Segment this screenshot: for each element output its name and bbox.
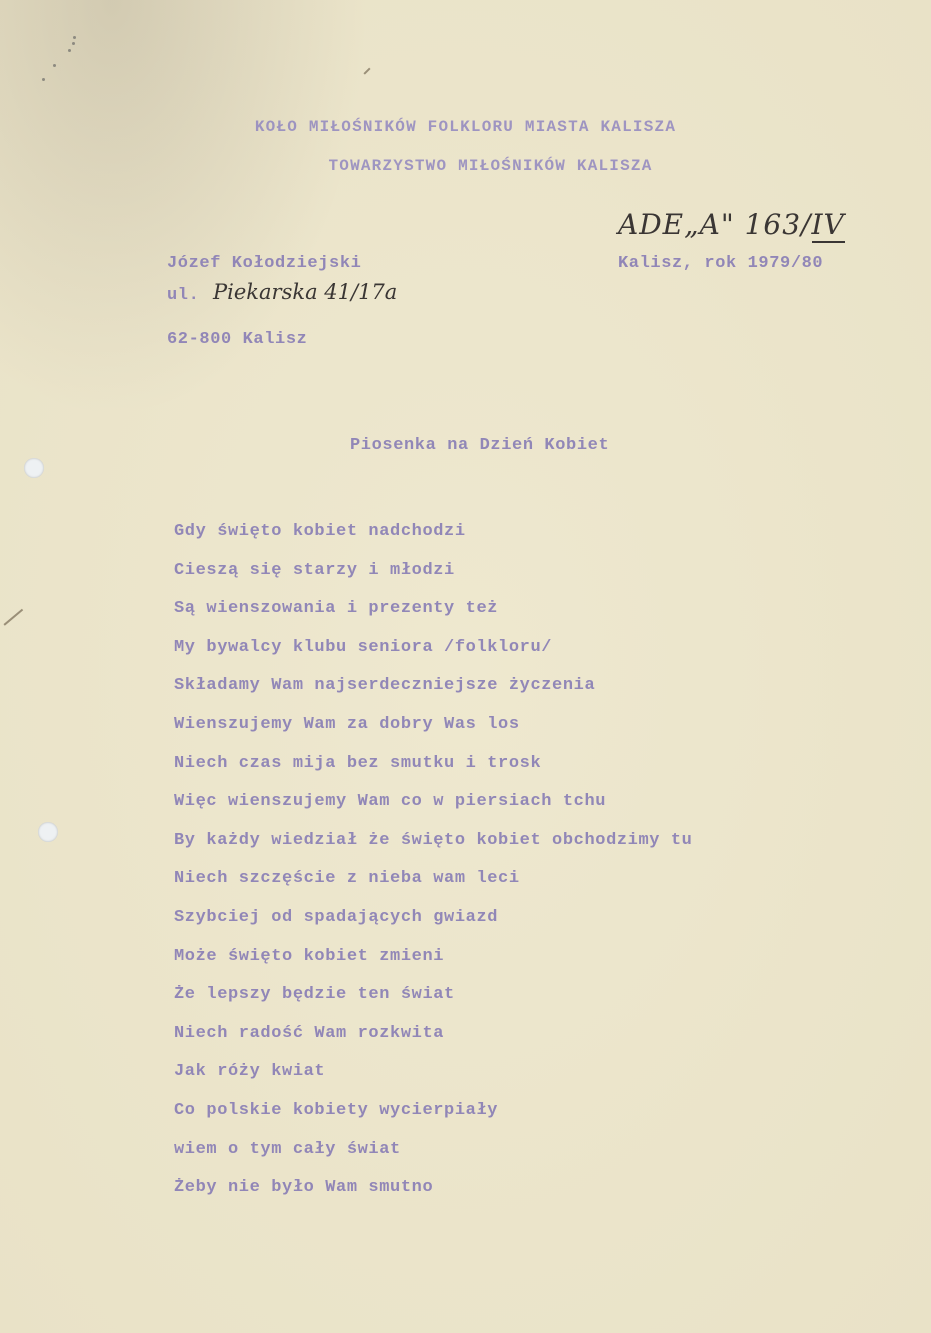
paper-speck <box>68 49 71 52</box>
poem-line: By każdy wiedział że święto kobiet obcho… <box>174 829 692 868</box>
poem-line: My bywalcy klubu seniora /folkloru/ <box>174 636 692 675</box>
poem-line: Co polskie kobiety wycierpiały <box>174 1099 692 1138</box>
sender-name: Józef Kołodziejski <box>167 254 361 273</box>
poem-line: Niech szczęście z nieba wam leci <box>174 867 692 906</box>
archive-reference-volume: IV <box>812 208 845 243</box>
poem-line: Więc wienszujemy Wam co w piersiach tchu <box>174 790 692 829</box>
street-prefix: ul. <box>167 286 199 305</box>
poem-line: Szybciej od spadających gwiazd <box>174 906 692 945</box>
poem-line: Składamy Wam najserdeczniejsze życzenia <box>174 674 692 713</box>
poem-line: Może święto kobiet zmieni <box>174 945 692 984</box>
paper-speck <box>73 36 76 39</box>
archive-reference: ADE„A" 163/IV <box>618 208 845 241</box>
place-date: Kalisz, rok 1979/80 <box>618 254 823 273</box>
poem-line: Że lepszy będzie ten świat <box>174 983 692 1022</box>
paper-speck <box>53 64 56 67</box>
poem-lines: Gdy święto kobiet nadchodzi Cieszą się s… <box>174 520 692 1215</box>
poem-line: Wienszujemy Wam za dobry Was los <box>174 713 692 752</box>
street-handwritten: Piekarska 41/17a <box>213 280 397 304</box>
poem-line: Gdy święto kobiet nadchodzi <box>174 520 692 559</box>
poem-line: Jak róży kwiat <box>174 1060 692 1099</box>
sender-postal-city: 62-800 Kalisz <box>167 330 307 349</box>
paper-speck <box>72 42 75 45</box>
sender-street: ul. Piekarska 41/17a <box>167 280 397 305</box>
punch-hole-bottom <box>38 822 58 842</box>
poem-line: Niech czas mija bez smutku i trosk <box>174 752 692 791</box>
organization-header-line1: KOŁO MIŁOŚNIKÓW FOLKLORU MIASTA KALISZA <box>0 118 931 136</box>
archive-reference-prefix: ADE„A" 163/ <box>618 208 812 241</box>
poem-line: wiem o tym cały świat <box>174 1138 692 1177</box>
song-title: Piosenka na Dzień Kobiet <box>350 436 609 455</box>
punch-hole-top <box>24 458 44 478</box>
paper-speck <box>42 78 45 81</box>
poem-line: Cieszą się starzy i młodzi <box>174 559 692 598</box>
poem-line: Niech radość Wam rozkwita <box>174 1022 692 1061</box>
poem-line: Żeby nie było Wam smutno <box>174 1176 692 1215</box>
organization-header-line2: TOWARZYSTWO MIŁOŚNIKÓW KALISZA <box>0 157 931 175</box>
poem-line: Są wienszowania i prezenty też <box>174 597 692 636</box>
